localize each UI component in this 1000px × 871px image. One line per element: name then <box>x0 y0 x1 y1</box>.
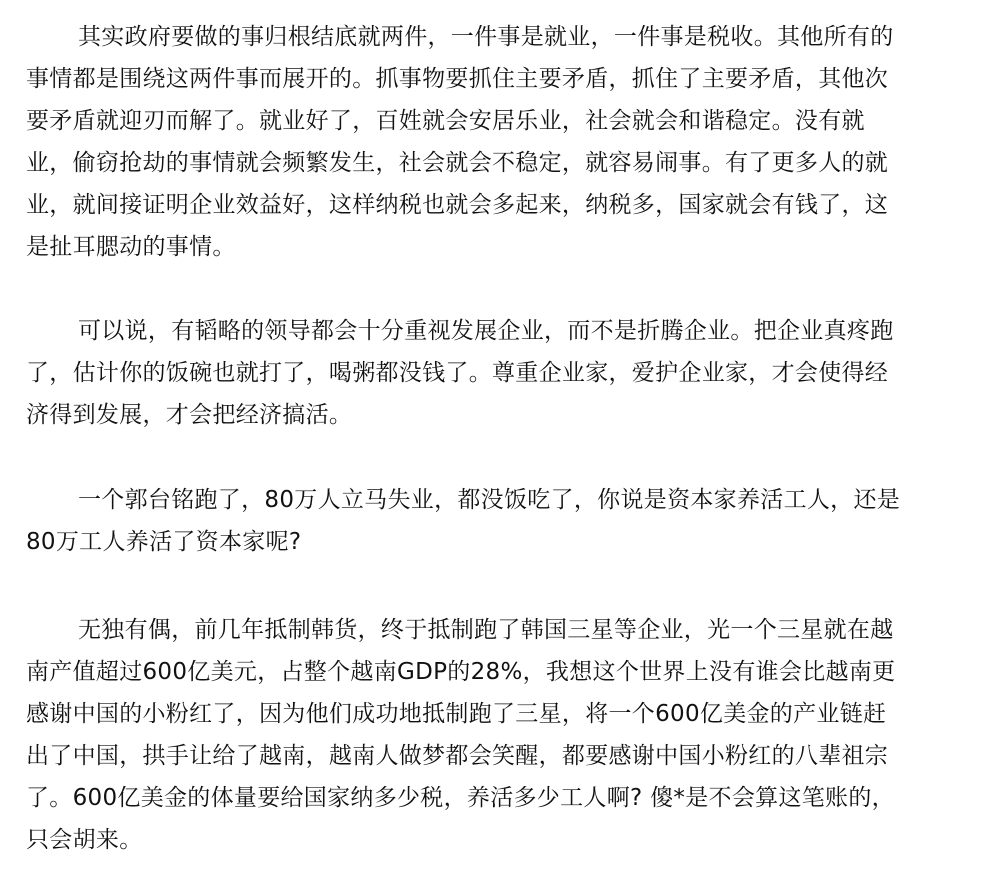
paragraph-samsung-vietnam: 无独有偶，前几年抵制韩货，终于抵制跑了韩国三星等企业，光一个三星就在越 南产值超… <box>26 609 986 861</box>
paragraph-line: 80万工人养活了资本家呢? <box>26 521 986 563</box>
paragraph-line: 其实政府要做的事归根结底就两件，一件事是就业，一件事是税收。其他所有的 <box>26 16 986 58</box>
paragraph-line: 了，估计你的饭碗也就打了，喝粥都没钱了。尊重企业家，爱护企业家，才会使得经 <box>26 352 986 394</box>
paragraph-line: 要矛盾就迎刃而解了。就业好了，百姓就会安居乐业，社会就会和谐稳定。没有就 <box>26 100 986 142</box>
paragraph-value-entrepreneurs: 可以说，有韬略的领导都会十分重视发展企业，而不是折腾企业。把企业真疼跑 了，估计… <box>26 310 986 436</box>
paragraph-line: 了。600亿美金的体量要给国家纳多少税，养活多少工人啊? 傻*是不会算这笔账的， <box>26 777 986 819</box>
paragraph-line: 业，偷窃抢劫的事情就会频繁发生，社会就会不稳定，就容易闹事。有了更多人的就 <box>26 142 986 184</box>
paragraph-capitalists-and-workers: 一个郭台铭跑了，80万人立马失业，都没饭吃了，你说是资本家养活工人，还是 80万… <box>26 479 986 563</box>
paragraph-line: 业，就间接证明企业效益好，这样纳税也就会多起来，纳税多，国家就会有钱了，这 <box>26 184 986 226</box>
paragraph-line: 是扯耳腮动的事情。 <box>26 226 986 268</box>
paragraph-line: 出了中国，拱手让给了越南，越南人做梦都会笑醒，都要感谢中国小粉红的八辈祖宗 <box>26 735 986 777</box>
paragraph-employment-and-tax: 其实政府要做的事归根结底就两件，一件事是就业，一件事是税收。其他所有的 事情都是… <box>26 16 986 268</box>
paragraph-line: 一个郭台铭跑了，80万人立马失业，都没饭吃了，你说是资本家养活工人，还是 <box>26 479 986 521</box>
paragraph-line: 南产值超过600亿美元，占整个越南GDP的28%，我想这个世界上没有谁会比越南更 <box>26 651 986 693</box>
paragraph-line: 事情都是围绕这两件事而展开的。抓事物要抓住主要矛盾，抓住了主要矛盾，其他次 <box>26 58 986 100</box>
paragraph-line: 济得到发展，才会把经济搞活。 <box>26 394 986 436</box>
paragraph-line: 只会胡来。 <box>26 819 986 861</box>
paragraph-line: 感谢中国的小粉红了，因为他们成功地抵制跑了三星，将一个600亿美金的产业链赶 <box>26 693 986 735</box>
paragraph-line: 无独有偶，前几年抵制韩货，终于抵制跑了韩国三星等企业，光一个三星就在越 <box>26 609 986 651</box>
paragraph-line: 可以说，有韬略的领导都会十分重视发展企业，而不是折腾企业。把企业真疼跑 <box>26 310 986 352</box>
